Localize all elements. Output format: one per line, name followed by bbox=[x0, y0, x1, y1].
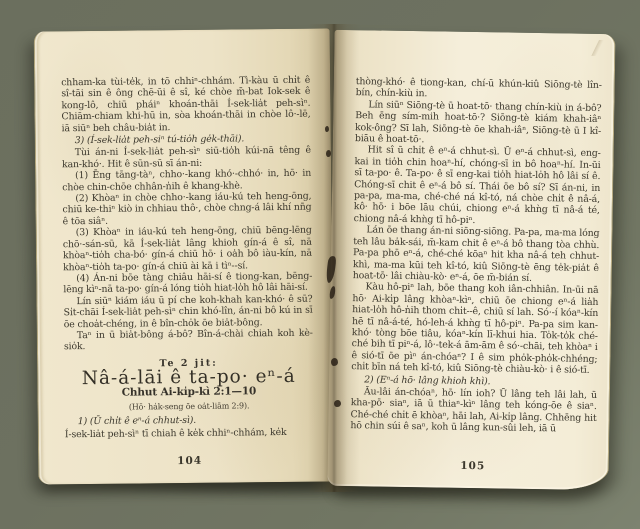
paragraph: Í-sek-lia̍t peh-sìⁿ tī chiah ê ke̍k chhi… bbox=[65, 426, 314, 440]
photo-background: chham-ka tùi-te̍k, in tō chhiⁿ-chhám. Tì… bbox=[0, 0, 640, 529]
ink-stain bbox=[334, 400, 341, 407]
paragraph: Tùi án-ni Í-sek-lia̍t peh-sìⁿ siū-tio̍h … bbox=[62, 145, 311, 170]
page-number-left: 104 bbox=[65, 454, 314, 469]
lesson-title: Nâ-á-lāi ê ta-po· eⁿ-á bbox=[64, 371, 313, 385]
paragraph: chham-ka tùi-te̍k, in tō chhiⁿ-chhám. Tì… bbox=[61, 75, 311, 135]
paragraph: (2) Khòaⁿ in chòe chho·-kang iáu-kú teh … bbox=[62, 191, 311, 228]
paragraph: Lín siūⁿ kiám iáu ū pí che koh-khah kan-… bbox=[63, 293, 312, 330]
paragraph: Lán ōe thang án-ni siōng-siōng. Pa-pa, m… bbox=[353, 224, 600, 285]
right-paragraphs: thòng-khó· ê tiong-kan, chí-ū khún-kiû S… bbox=[350, 76, 602, 435]
paragraph: Lín siūⁿ Siōng-tè ū hoat-tō· thang chín-… bbox=[355, 99, 602, 148]
ink-stain bbox=[325, 126, 329, 132]
paragraph: Taⁿ in ū bia̍t-bông á-bô? Bîn-á-chài chi… bbox=[64, 328, 313, 353]
memory-verse-note: (Hō· ha̍k-seng ōe oa̍t-liām 2:9). bbox=[65, 400, 314, 414]
left-paragraphs-top: chham-ka tùi-te̍k, in tō chhiⁿ-chhám. Tì… bbox=[61, 75, 313, 353]
paragraph: Āu-lâi án-chóaⁿ, hō· lín ioh? Ū lâng teh… bbox=[350, 386, 597, 435]
page-number-right: 105 bbox=[350, 458, 596, 474]
paragraph: (4) Án-ni bōe tàng chiâu hāi-sí ê tiong-… bbox=[63, 271, 312, 296]
left-paragraphs-bottom: 1) (Ū chi̍t ê eⁿ-á chhut-sì).Í-sek-lia̍t… bbox=[65, 414, 314, 440]
paragraph: Hit sî ū chi̍t ê eⁿ-á chhut-sì. Ū eⁿ-á c… bbox=[354, 145, 601, 229]
paragraph: (1) Ēng tāng-tàⁿ, chho·-kang khó·-chhó· … bbox=[62, 168, 311, 193]
left-page: chham-ka tùi-te̍k, in tō chhiⁿ-chhám. Tì… bbox=[34, 28, 335, 484]
paragraph: Kàu hô-piⁿ lah, bōe thang koh iân-chhiân… bbox=[351, 281, 598, 376]
left-page-text: chham-ka tùi-te̍k, in tō chhiⁿ-chhám. Tì… bbox=[61, 75, 314, 451]
paragraph: (3) Khòaⁿ in iáu-kú teh heng-ōng, chiū b… bbox=[63, 225, 312, 273]
page-corner-fold bbox=[580, 40, 606, 56]
right-page-text: thòng-khó· ê tiong-kan, chí-ū khún-kiû S… bbox=[350, 76, 602, 454]
right-page: thòng-khó· ê tiong-kan, chí-ū khún-kiû S… bbox=[327, 30, 615, 490]
